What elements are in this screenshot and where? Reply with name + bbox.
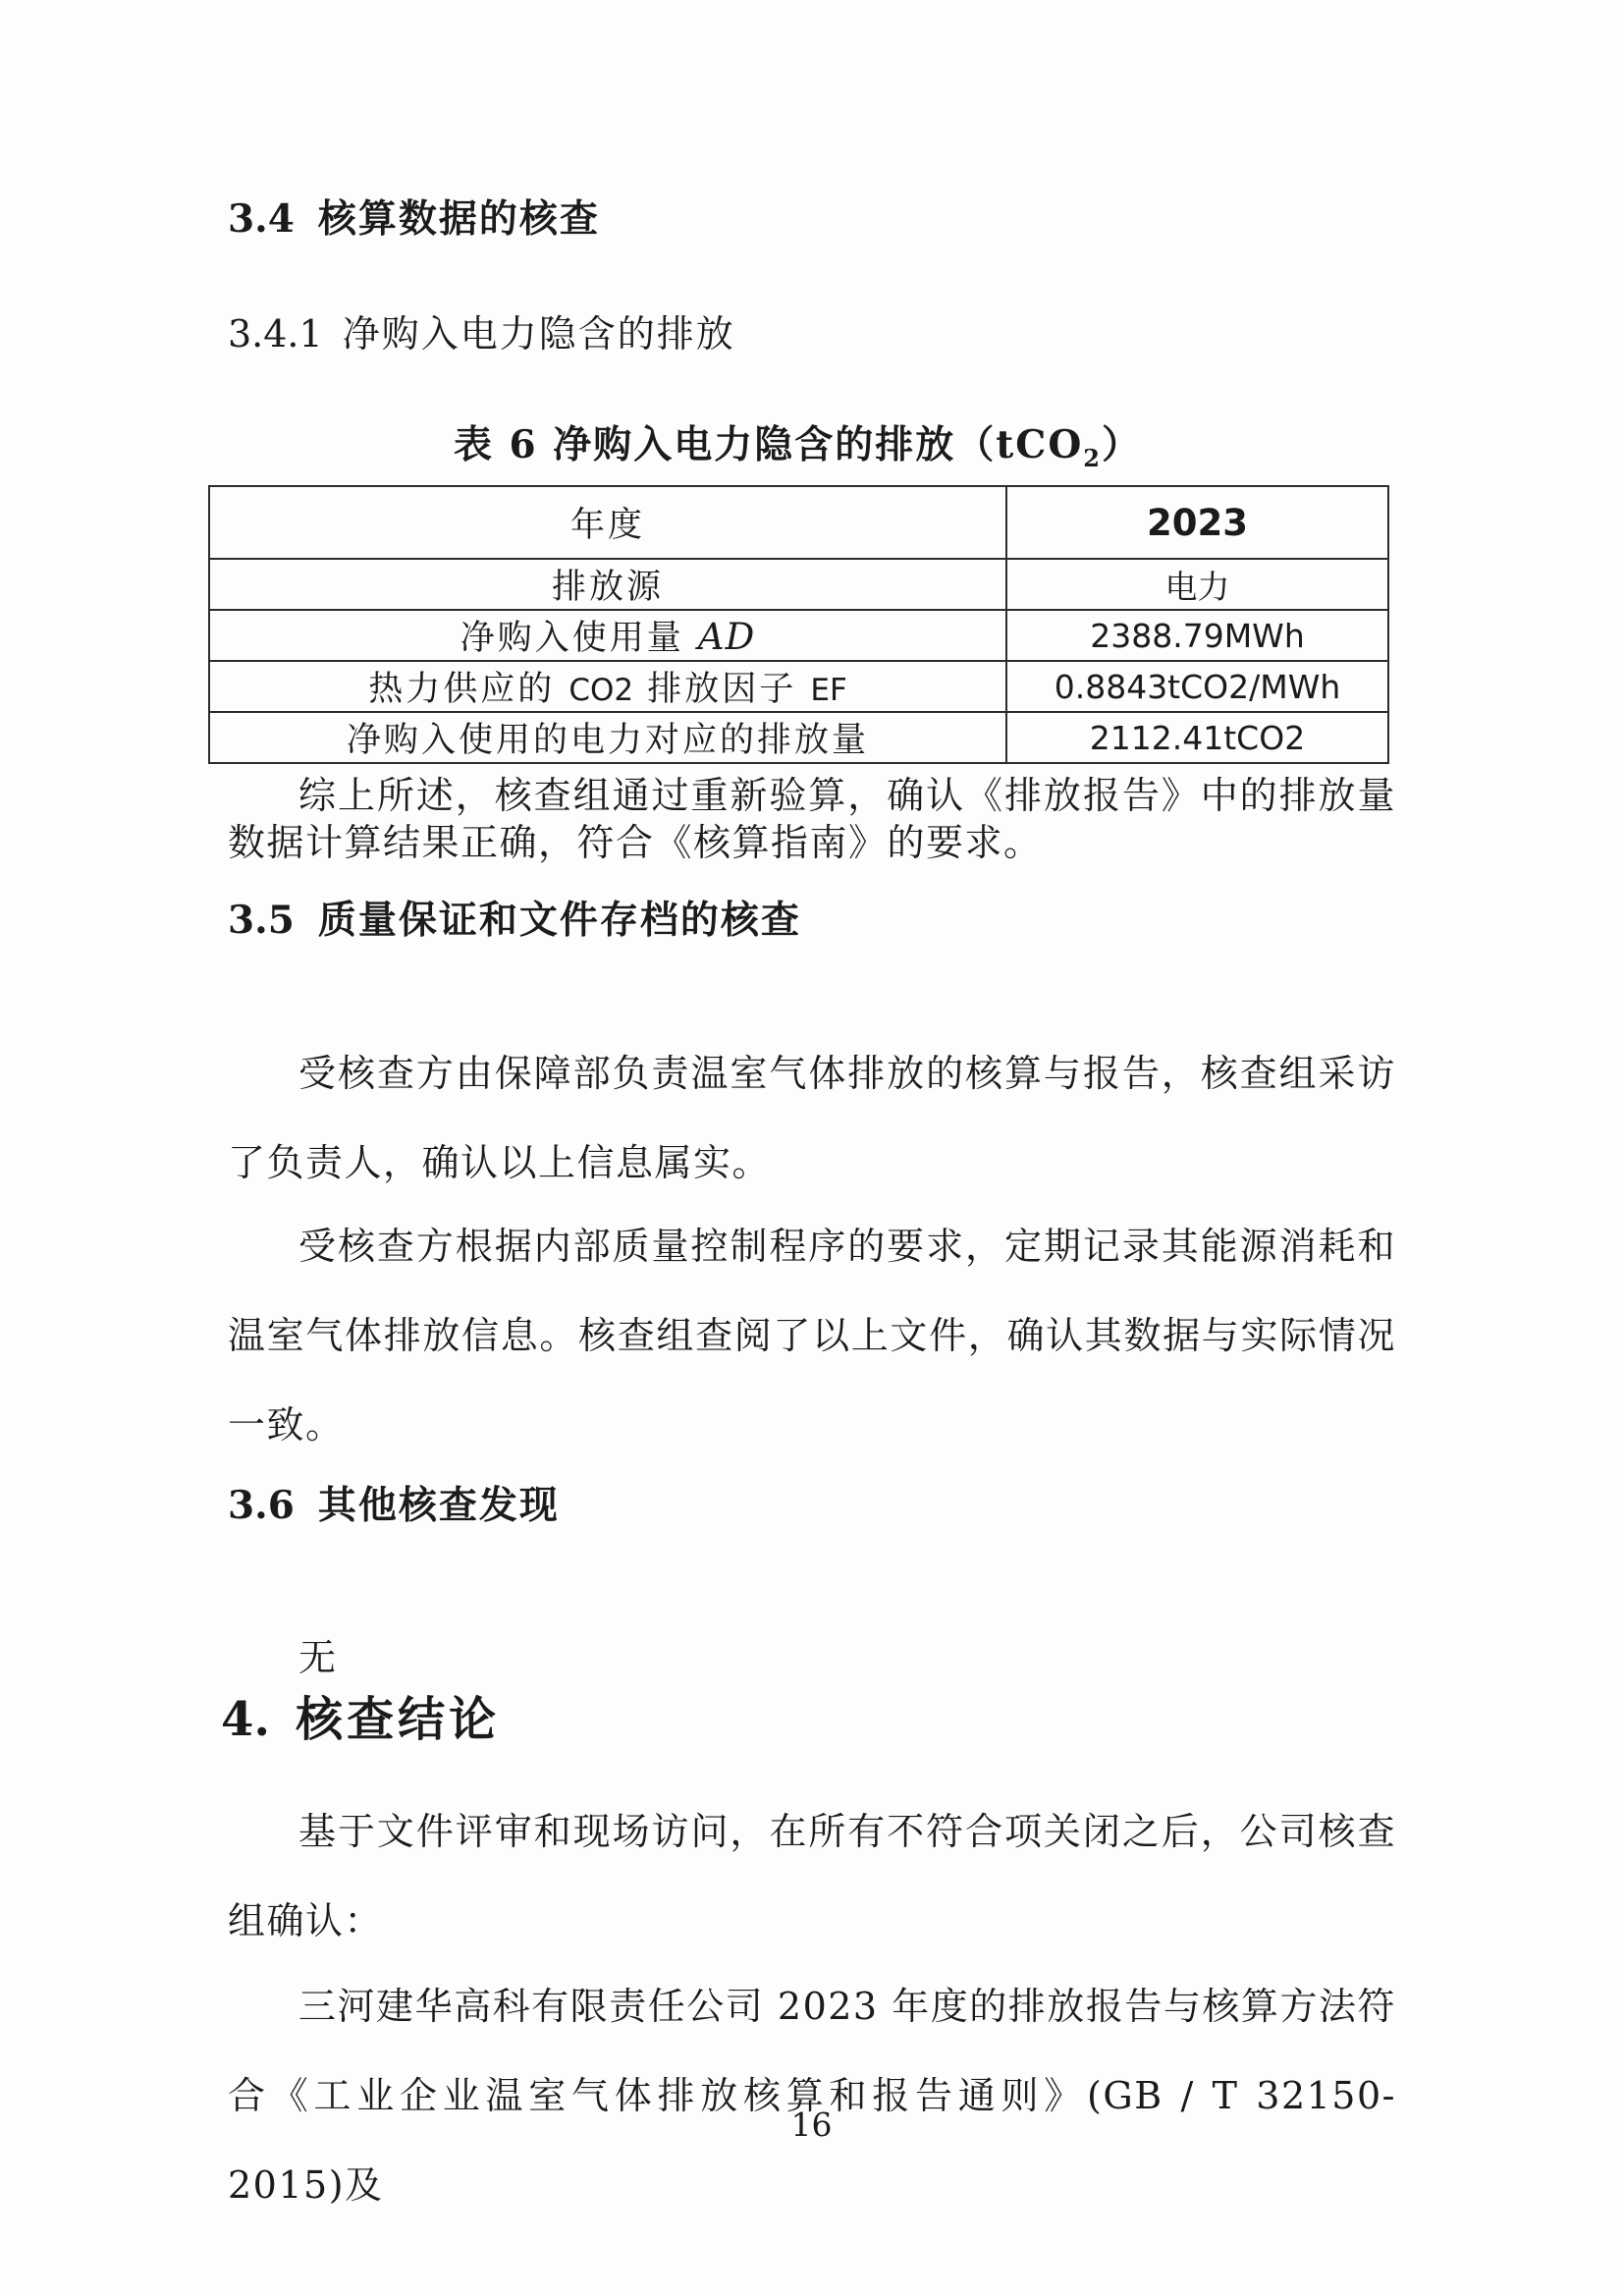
document-page: 3.4核算数据的核查 3.4.1净购入电力隐含的排放 表 6 净购入电力隐含的排… xyxy=(0,0,1623,2296)
paragraph-table-conclusion: 综上所述，核查组通过重新验算，确认《排放报告》中的排放量数据计算结果正确，符合《… xyxy=(228,772,1396,866)
row-label-activity-data: 净购入使用量 AD xyxy=(209,610,1006,661)
row-label-emission-source: 排放源 xyxy=(209,559,1006,610)
table-row-emission-source: 排放源 电力 xyxy=(209,559,1388,610)
section-3-4-heading: 3.4核算数据的核查 xyxy=(228,189,600,244)
table-row-total-emissions: 净购入使用的电力对应的排放量 2112.41tCO2 xyxy=(209,712,1388,763)
section-3-6-number: 3.6 xyxy=(228,1483,295,1528)
activity-data-label-text: 净购入使用量 xyxy=(460,619,698,658)
row-value-activity-data: 2388.79MWh xyxy=(1006,610,1388,661)
section-3-4-number: 3.4 xyxy=(228,196,295,242)
section-3-5-title: 质量保证和文件存档的核查 xyxy=(318,898,801,943)
section-3-4-1-title: 净购入电力隐含的排放 xyxy=(343,312,735,355)
table-6-caption-close: ） xyxy=(1102,422,1142,467)
table-6: 年度 2023 排放源 电力 净购入使用量 AD 2388.79MWh 热力供应… xyxy=(208,485,1389,764)
table-6-caption-text: 表 6 净购入电力隐含的排放（tCO xyxy=(454,422,1083,467)
section-3-4-1-heading: 3.4.1净购入电力隐含的排放 xyxy=(228,303,735,357)
paragraph-4-b: 三河建华高科有限责任公司 2023 年度的排放报告与核算方法符合《工业企业温室气… xyxy=(228,1962,1396,2230)
section-3-6-heading: 3.6其他核查发现 xyxy=(228,1475,560,1530)
paragraph-3-5-a: 受核查方由保障部负责温室气体排放的核算与报告，核查组采访了负责人，确认以上信息属… xyxy=(228,1029,1396,1208)
row-value-total-emissions: 2112.41tCO2 xyxy=(1006,712,1388,763)
paragraph-4-a: 基于文件评审和现场访问，在所有不符合项关闭之后，公司核查组确认： xyxy=(228,1787,1396,1966)
page-number: 16 xyxy=(0,2105,1623,2144)
table-6-caption: 表 6 净购入电力隐含的排放（tCO2） xyxy=(208,414,1387,472)
activity-data-symbol: AD xyxy=(698,616,755,658)
emission-factor-label-text2: 排放因子 xyxy=(633,670,810,709)
paragraph-3-6-none: 无 xyxy=(228,1636,1396,1679)
table-row-emission-factor: 热力供应的 CO2 排放因子 EF 0.8843tCO2/MWh xyxy=(209,661,1388,712)
section-4-title: 核查结论 xyxy=(296,1692,500,1747)
row-value-emission-source: 电力 xyxy=(1006,559,1388,610)
section-3-4-1-number: 3.4.1 xyxy=(228,312,323,355)
paragraph-3-5-b: 受核查方根据内部质量控制程序的要求，定期记录其能源消耗和温室气体排放信息。核查组… xyxy=(228,1202,1396,1470)
emission-factor-co2: CO2 xyxy=(568,673,633,708)
section-3-4-title: 核算数据的核查 xyxy=(318,196,600,242)
row-label-total-emissions: 净购入使用的电力对应的排放量 xyxy=(209,712,1006,763)
row-label-emission-factor: 热力供应的 CO2 排放因子 EF xyxy=(209,661,1006,712)
row-label-year: 年度 xyxy=(209,486,1006,559)
table-6-caption-subscript: 2 xyxy=(1083,444,1102,472)
emission-factor-symbol: EF xyxy=(810,673,846,708)
table-row-year: 年度 2023 xyxy=(209,486,1388,559)
section-3-5-number: 3.5 xyxy=(228,898,295,943)
section-4-number: 4. xyxy=(221,1692,270,1747)
section-3-5-heading: 3.5质量保证和文件存档的核查 xyxy=(228,890,801,945)
row-value-year: 2023 xyxy=(1006,486,1388,559)
section-3-6-title: 其他核查发现 xyxy=(318,1483,560,1528)
emission-factor-label-text: 热力供应的 xyxy=(368,670,568,709)
section-4-heading: 4.核查结论 xyxy=(221,1681,500,1749)
table-row-activity-data: 净购入使用量 AD 2388.79MWh xyxy=(209,610,1388,661)
row-value-emission-factor: 0.8843tCO2/MWh xyxy=(1006,661,1388,712)
